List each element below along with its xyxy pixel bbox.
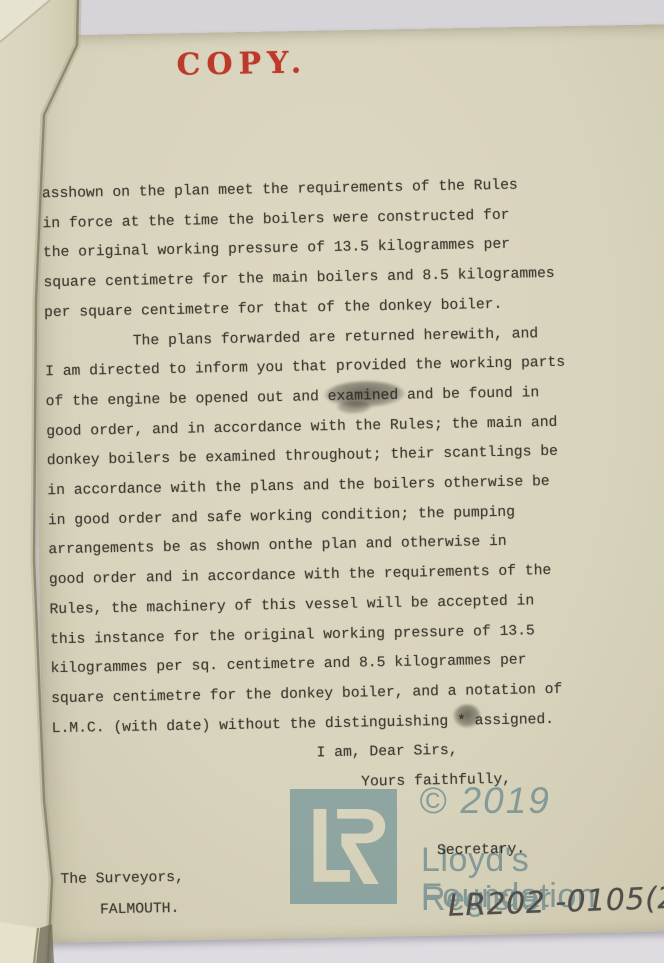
document-page [29, 24, 664, 943]
previous-page-folded-edge [0, 0, 92, 963]
scanned-letter-image: COPY. asshown on the plan meet the requi… [0, 0, 664, 963]
